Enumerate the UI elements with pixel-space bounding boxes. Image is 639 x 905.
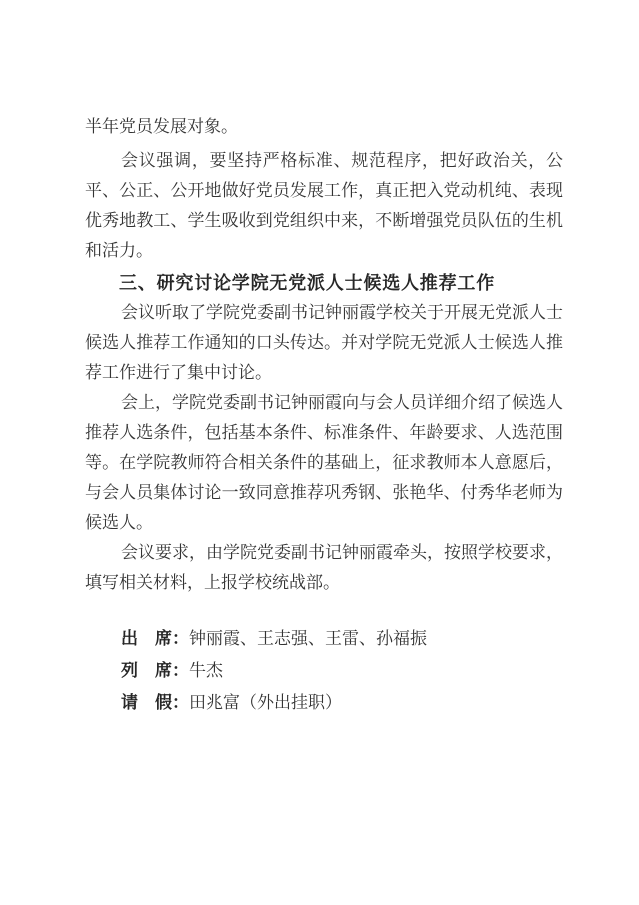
paragraph-briefing: 会议听取了学院党委副书记钟丽霞学校关于开展无党派人士候选人推荐工作通知的口头传达… [85, 298, 563, 388]
attendance-label-leave: 请 假： [121, 693, 189, 712]
attendance-label-observer: 列 席： [121, 661, 189, 680]
section-heading: 三、研究讨论学院无党派人士候选人推荐工作 [85, 268, 563, 298]
paragraph-candidate-discussion: 会上，学院党委副书记钟丽霞向与会人员详细介绍了候选人推荐人选条件，包括基本条件、… [85, 388, 563, 538]
paragraph-meeting-emphasis: 会议强调，要坚持严格标准、规范程序，把好政治关，公平、公正、公开地做好党员发展工… [85, 146, 563, 266]
attendance-row-present: 出 席：钟丽霞、王志强、王雷、孙福振 [85, 623, 563, 655]
attendance-block: 出 席：钟丽霞、王志强、王雷、孙福振 列 席：牛杰 请 假：田兆富（外出挂职） [85, 623, 563, 719]
attendance-row-leave: 请 假：田兆富（外出挂职） [85, 687, 563, 719]
attendance-label-present: 出 席： [121, 629, 189, 648]
attendance-value-present: 钟丽霞、王志强、王雷、孙福振 [189, 629, 427, 648]
attendance-row-observer: 列 席：牛杰 [85, 655, 563, 687]
paragraph-continuation: 半年党员发展对象。 [85, 112, 563, 142]
document-body: 半年党员发展对象。 会议强调，要坚持严格标准、规范程序，把好政治关，公平、公正、… [85, 112, 563, 719]
meeting-minutes-page: 半年党员发展对象。 会议强调，要坚持严格标准、规范程序，把好政治关，公平、公正、… [0, 0, 639, 905]
attendance-value-observer: 牛杰 [189, 661, 223, 680]
paragraph-meeting-requirement: 会议要求，由学院党委副书记钟丽霞牵头，按照学校要求，填写相关材料，上报学校统战部… [85, 538, 563, 598]
attendance-value-leave: 田兆富（外出挂职） [189, 693, 342, 712]
